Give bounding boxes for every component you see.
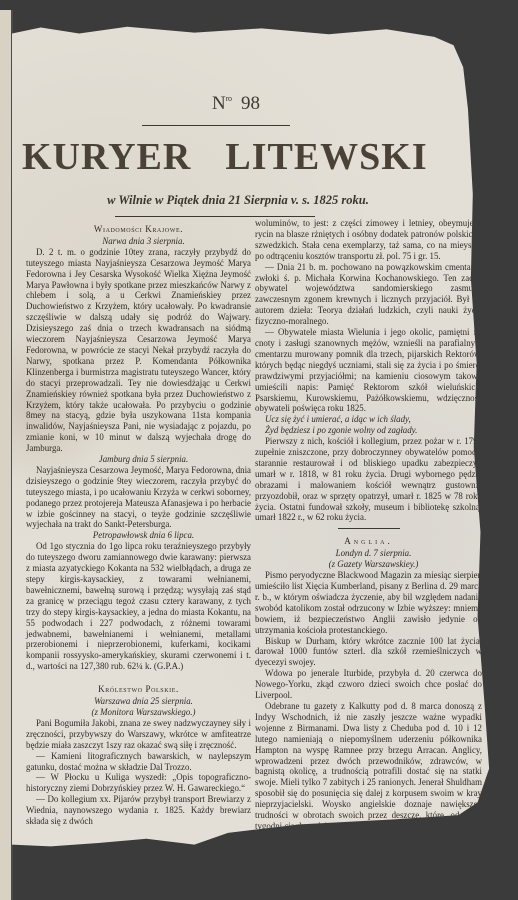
masthead-rule-bottom bbox=[115, 216, 315, 217]
newspaper-title: KURYERLITEWSKI bbox=[22, 135, 442, 179]
narwa-dateline: Narwa dnia 3 sierpnia. bbox=[26, 236, 251, 247]
london-source: (z Gazety Warszawskiey.) bbox=[255, 559, 482, 570]
issue-dateline: w Wilnie w Piątek dnia 21 Sierpnia v. s.… bbox=[58, 193, 418, 208]
epitaph-verse-1: Ucz się żyć i umierać, a idąc w ich ślad… bbox=[255, 414, 482, 425]
left-column: Wiadomości Krajowe. Narwa dnia 3 sierpni… bbox=[26, 218, 251, 827]
section-heading-england: Anglia. bbox=[255, 536, 482, 547]
warsaw-source: (z Monitora Warszawskiego.) bbox=[26, 707, 251, 718]
petropavlovsk-article: Od 1go stycznia do 1go lipca roku teraźn… bbox=[26, 541, 251, 672]
issue-number-value: 98 bbox=[241, 93, 260, 114]
warsaw-article-2: — Kamieni litograficznych bawarskich, w … bbox=[26, 751, 251, 773]
blackwood-article: Pismo peryodyczne Blackwood Magazin za m… bbox=[255, 570, 482, 635]
issue-number: Nro 98 bbox=[186, 93, 286, 115]
warsaw-article-3: — W Płocku u Kuliga wyszedł: „Opis topog… bbox=[26, 772, 251, 794]
epitaph-verse-2: Żyd będziesz i po zgonie wolny od zagład… bbox=[255, 425, 482, 436]
breviary-continuation: woluminów, to jest: z części zimowey i l… bbox=[255, 218, 482, 262]
durham-article: Biskup w Durham, który wkrótce zacznie 1… bbox=[255, 636, 482, 669]
previous-page-edge bbox=[0, 10, 13, 900]
right-column: woluminów, to jest: z części zimowey i l… bbox=[255, 218, 482, 832]
calcutta-article: Odebrane tu gazety z Kalkutty pod d. 8 m… bbox=[255, 701, 482, 832]
rectors-article: Pierwszy z nich, kościół i kollegium, pr… bbox=[255, 436, 482, 523]
title-word-kuryer: KURYER bbox=[22, 136, 191, 178]
jamburg-article: Nayjaśnieysza Cesarzowa Jeymość, Marya F… bbox=[26, 465, 251, 530]
london-dateline: Londyn d. 7 sierpnia. bbox=[255, 548, 482, 559]
section-divider bbox=[338, 528, 400, 529]
section-heading-kingdom-of-poland: Królestwo Polskie. bbox=[26, 684, 251, 695]
petropavlovsk-dateline: Petropawłowsk dnia 6 lipca. bbox=[26, 530, 251, 541]
narwa-article: D. 2 t. m. o godzinie 10tey zrana, raczy… bbox=[26, 247, 251, 454]
jamburg-dateline: Jamburg dnia 5 sierpnia. bbox=[26, 454, 251, 465]
wielun-monument-article: — Obywatele miasta Wielunia i jego okoli… bbox=[255, 327, 482, 414]
issue-number-label: N bbox=[212, 93, 226, 114]
warsaw-article-4: — Do kollegium xx. Pijarów przybył trans… bbox=[26, 794, 251, 827]
title-word-litewski: LITEWSKI bbox=[225, 136, 427, 178]
masthead-rule-top bbox=[142, 125, 290, 126]
section-heading-domestic-news: Wiadomości Krajowe. bbox=[26, 224, 251, 235]
warsaw-dateline: Warszawa dnia 25 sierpnia. bbox=[26, 696, 251, 707]
funeral-notice: — Dnia 21 b. m. pochowano na powązkowski… bbox=[255, 262, 482, 327]
issue-number-suffix: ro bbox=[226, 94, 232, 103]
newspaper-page: Nro 98 KURYERLITEWSKI w Wilnie w Piątek … bbox=[12, 25, 492, 870]
warsaw-article-1: Pani Bogumiła Jakobi, znana ze swey nadz… bbox=[26, 718, 251, 751]
iturbide-article: Wdowa po jenerale Iturbide, przybyła d. … bbox=[255, 668, 482, 701]
